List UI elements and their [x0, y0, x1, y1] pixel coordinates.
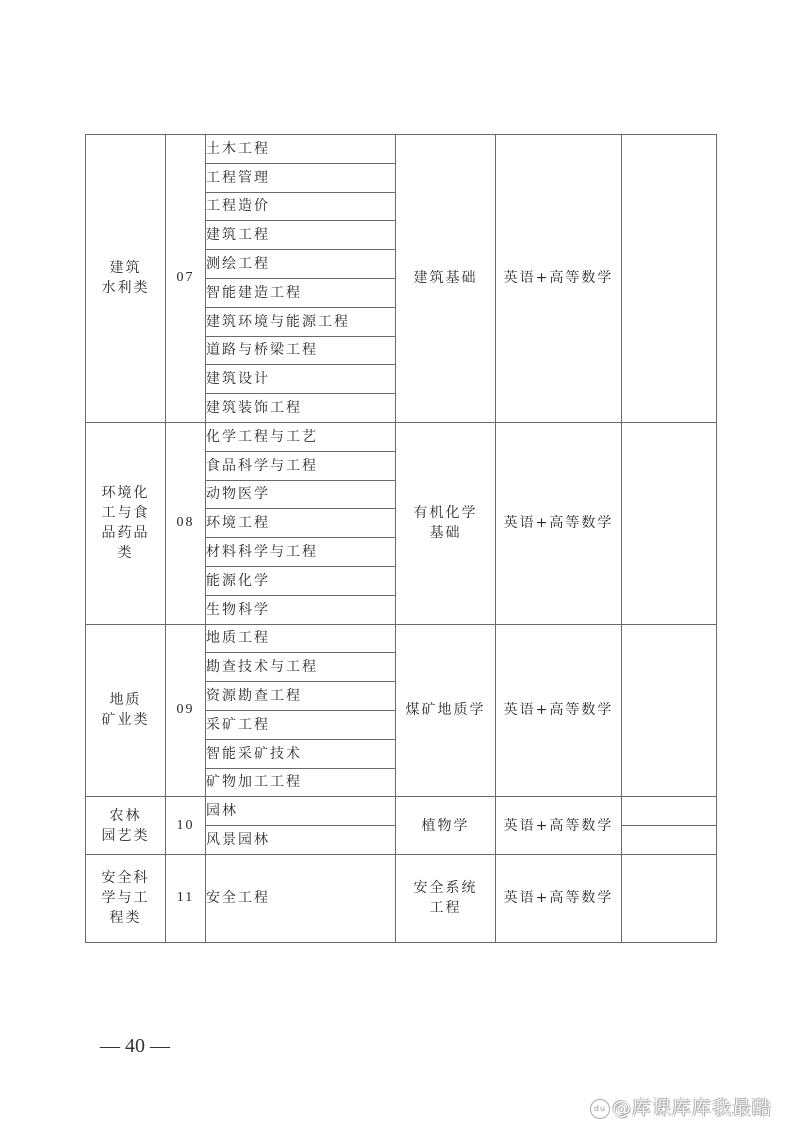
watermark-text: @库课库库我最酷 — [612, 1097, 772, 1119]
major-cell: 食品科学与工程 — [206, 451, 396, 480]
major-cell: 道路与桥梁工程 — [206, 336, 396, 365]
document-page: 建筑 水利类 07 土木工程 建筑基础 英语+高等数学 工程管理 工程造价 建筑… — [0, 0, 800, 1132]
category-cell: 建筑 水利类 — [86, 135, 166, 423]
note-cell — [622, 624, 717, 797]
exam-subjects-cell: 英语+高等数学 — [496, 624, 622, 797]
major-cell: 建筑工程 — [206, 221, 396, 250]
major-cell: 安全工程 — [206, 854, 396, 942]
table-row: 安全科 学与工 程类 11 安全工程 安全系统 工程 英语+高等数学 — [86, 854, 717, 942]
baidu-paw-icon: du — [590, 1099, 610, 1119]
major-cell: 能源化学 — [206, 566, 396, 595]
category-cell: 环境化 工与食 品药品 类 — [86, 422, 166, 624]
major-cell: 建筑环境与能源工程 — [206, 307, 396, 336]
major-cell: 动物医学 — [206, 480, 396, 509]
major-cell: 智能建造工程 — [206, 278, 396, 307]
table-row: 农林 园艺类 10 园林 植物学 英语+高等数学 — [86, 797, 717, 826]
code-cell: 10 — [166, 797, 206, 855]
major-cell: 矿物加工工程 — [206, 768, 396, 797]
table-row: 地质 矿业类 09 地质工程 煤矿地质学 英语+高等数学 — [86, 624, 717, 653]
major-cell: 工程管理 — [206, 163, 396, 192]
note-cell — [622, 826, 717, 855]
base-subject-cell: 煤矿地质学 — [396, 624, 496, 797]
major-cell: 勘查技术与工程 — [206, 653, 396, 682]
note-cell — [622, 854, 717, 942]
major-cell: 建筑设计 — [206, 365, 396, 394]
major-cell: 智能采矿技术 — [206, 739, 396, 768]
major-cell: 风景园林 — [206, 826, 396, 855]
major-cell: 环境工程 — [206, 509, 396, 538]
exam-subjects-cell: 英语+高等数学 — [496, 422, 622, 624]
note-cell — [622, 797, 717, 826]
major-cell: 化学工程与工艺 — [206, 422, 396, 451]
base-subject-cell: 植物学 — [396, 797, 496, 855]
note-cell — [622, 135, 717, 423]
major-cell: 资源勘查工程 — [206, 682, 396, 711]
code-cell: 07 — [166, 135, 206, 423]
category-cell: 安全科 学与工 程类 — [86, 854, 166, 942]
exam-subjects-cell: 英语+高等数学 — [496, 854, 622, 942]
base-subject-cell: 有机化学 基础 — [396, 422, 496, 624]
major-cell: 测绘工程 — [206, 250, 396, 279]
major-cell: 园林 — [206, 797, 396, 826]
code-cell: 08 — [166, 422, 206, 624]
table-row: 建筑 水利类 07 土木工程 建筑基础 英语+高等数学 — [86, 135, 717, 164]
note-cell — [622, 422, 717, 624]
base-subject-cell: 建筑基础 — [396, 135, 496, 423]
major-cell: 材料科学与工程 — [206, 538, 396, 567]
major-subject-table: 建筑 水利类 07 土木工程 建筑基础 英语+高等数学 工程管理 工程造价 建筑… — [85, 134, 717, 943]
code-cell: 09 — [166, 624, 206, 797]
base-subject-cell: 安全系统 工程 — [396, 854, 496, 942]
category-cell: 地质 矿业类 — [86, 624, 166, 797]
code-cell: 11 — [166, 854, 206, 942]
table-row: 环境化 工与食 品药品 类 08 化学工程与工艺 有机化学 基础 英语+高等数学 — [86, 422, 717, 451]
exam-subjects-cell: 英语+高等数学 — [496, 797, 622, 855]
exam-subjects-cell: 英语+高等数学 — [496, 135, 622, 423]
major-cell: 工程造价 — [206, 192, 396, 221]
major-cell: 采矿工程 — [206, 710, 396, 739]
page-number: — 40 — — [100, 1035, 170, 1058]
major-cell: 土木工程 — [206, 135, 396, 164]
category-cell: 农林 园艺类 — [86, 797, 166, 855]
major-cell: 地质工程 — [206, 624, 396, 653]
major-cell: 建筑装饰工程 — [206, 394, 396, 423]
watermark: du@库课库库我最酷 — [590, 1093, 772, 1120]
major-cell: 生物科学 — [206, 595, 396, 624]
